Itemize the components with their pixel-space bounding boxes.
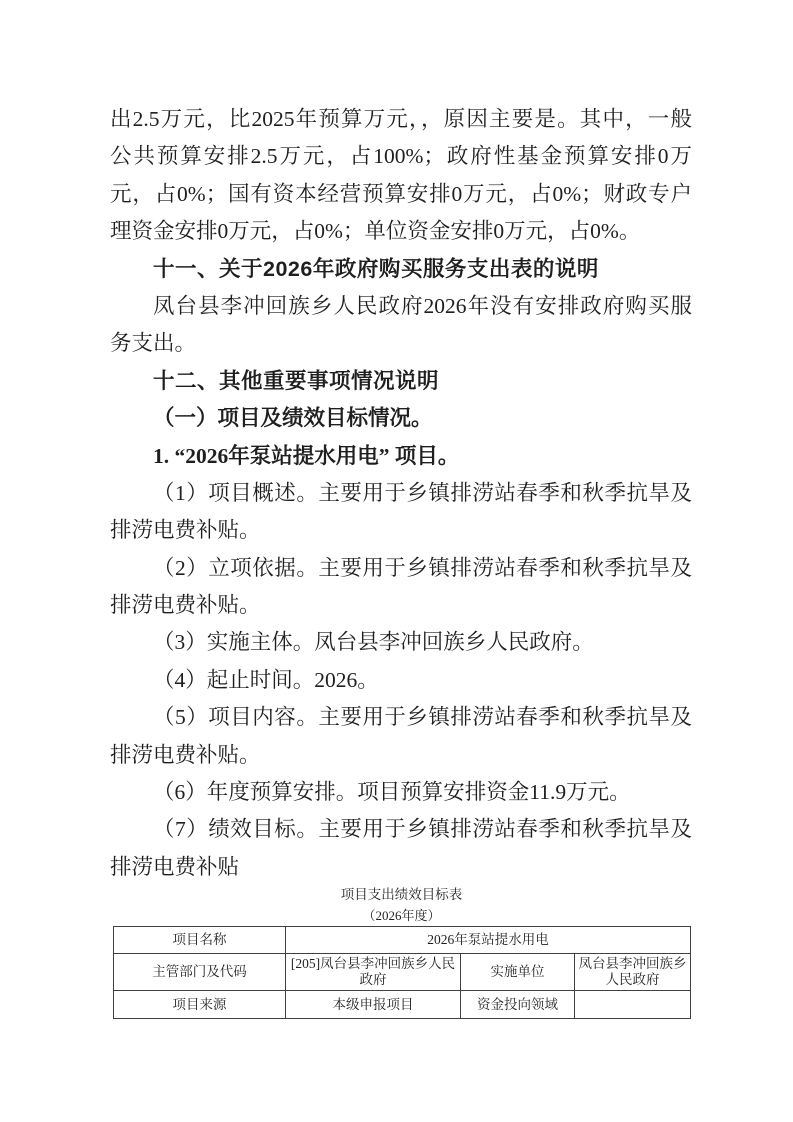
text-line: （6）年度预算安排。项目预算安排资金11.9万元。 [110,774,692,811]
text-line: 1. “2026年泵站提水用电” 项目。 [110,438,692,475]
text-line: （一）项目及绩效目标情况。 [110,400,692,437]
table-cell: 项目名称 [114,927,286,954]
text-line: 公共预算安排2.5万元，占100%；政府性基金预算安排0万 [110,138,692,175]
table-row: 项目来源本级申报项目资金投向领域 [114,991,691,1019]
table-cell: 资金投向领域 [461,991,575,1019]
table-cell: 主管部门及代码 [114,954,286,991]
text-line: 出2.5万元，比2025年预算万元，，原因主要是。其中，一般 [110,101,692,138]
text-line: 元，占0%；国有资本经营预算安排0万元，占0%；财政专户管 [110,176,692,213]
text-line: （7）绩效目标。主要用于乡镇排涝站春季和秋季抗旱及 [110,811,692,848]
table-cell: [205]凤台县李冲回族乡人民政府 [286,954,461,991]
table-title: 项目支出绩效目标表 [113,884,690,905]
performance-table-body: 项目名称2026年泵站提水用电主管部门及代码[205]凤台县李冲回族乡人民政府实… [114,927,691,1019]
text-line: 理资金安排0万元，占0%；单位资金安排0万元，占0%。 [110,213,692,250]
table-subtitle: （2026年度） [113,905,690,926]
text-line: （5）项目内容。主要用于乡镇排涝站春季和秋季抗旱及 [110,699,692,736]
performance-target-table: 项目名称2026年泵站提水用电主管部门及代码[205]凤台县李冲回族乡人民政府实… [113,926,691,1019]
text-line: （2）立项依据。主要用于乡镇排涝站春季和秋季抗旱及 [110,550,692,587]
text-line: 排涝电费补贴 [110,849,692,886]
document-text: 出2.5万元，比2025年预算万元，，原因主要是。其中，一般公共预算安排2.5万… [110,101,692,886]
table-row: 项目名称2026年泵站提水用电 [114,927,691,954]
table-cell: 项目来源 [114,991,286,1019]
performance-target-section: 项目支出绩效目标表 （2026年度） 项目名称2026年泵站提水用电主管部门及代… [113,884,690,1019]
table-cell: 实施单位 [461,954,575,991]
text-line: 十二、其他重要事项情况说明 [110,363,692,400]
table-cell: 2026年泵站提水用电 [286,927,691,954]
table-cell [575,991,691,1019]
text-line: （3）实施主体。凤台县李冲回族乡人民政府。 [110,624,692,661]
text-line: 排涝电费补贴。 [110,512,692,549]
text-line: 排涝电费补贴。 [110,587,692,624]
text-line: 十一、关于2026年政府购买服务支出表的说明 [110,251,692,288]
text-line: 凤台县李冲回族乡人民政府2026年没有安排政府购买服 [110,288,692,325]
text-line: （4）起止时间。2026。 [110,662,692,699]
text-line: 务支出。 [110,325,692,362]
table-cell: 凤台县李冲回族乡人民政府 [575,954,691,991]
text-line: （1）项目概述。主要用于乡镇排涝站春季和秋季抗旱及 [110,475,692,512]
table-row: 主管部门及代码[205]凤台县李冲回族乡人民政府实施单位凤台县李冲回族乡人民政府 [114,954,691,991]
table-cell: 本级申报项目 [286,991,461,1019]
document-page: 出2.5万元，比2025年预算万元，，原因主要是。其中，一般公共预算安排2.5万… [0,0,793,1122]
text-line: 排涝电费补贴。 [110,737,692,774]
